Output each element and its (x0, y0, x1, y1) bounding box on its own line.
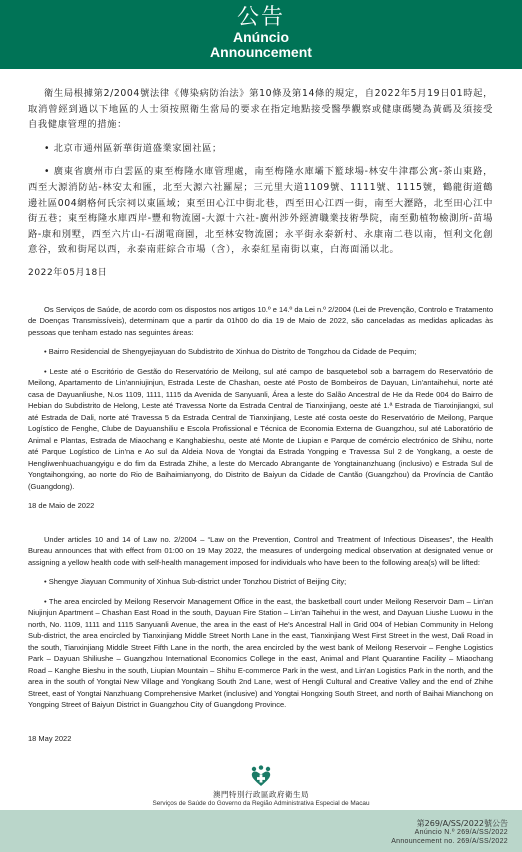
announcement-header: 公告 Anúncio Announcement (0, 0, 522, 69)
english-intro: Under articles 10 and 14 of Law no. 2/20… (28, 534, 493, 569)
english-bullet: • Shengye Jiayuan Community of Xinhua Su… (28, 576, 493, 588)
issuer-block: 澳門特別行政區政府衛生局 Serviços de Saúde do Govern… (0, 765, 522, 808)
portuguese-bullet: • Bairro Residencial de Shengyejiayuan d… (28, 346, 493, 358)
chinese-section: 衛生局根據第2/2004號法律《傳染病防治法》第10條及第14條的規定，自202… (28, 86, 493, 282)
chinese-bullet: • 廣東省廣州市白雲區的東至梅隆水庫管理處，南至梅隆水庫壩下籃球場-林安牛津郡公… (28, 164, 493, 258)
portuguese-intro: Os Serviços de Saúde, de acordo com os d… (28, 304, 493, 339)
english-section: Under articles 10 and 14 of Law no. 2/20… (28, 534, 493, 745)
issuer-name-pt: Serviços de Saúde do Governo da Região A… (0, 800, 522, 808)
title-pt: Anúncio (0, 30, 522, 45)
title-en: Announcement (0, 45, 522, 60)
health-bureau-logo-icon (250, 765, 272, 787)
chinese-date: 2022年05月18日 (28, 266, 493, 282)
chinese-bullet: • 北京市通州區新華街道盛業家園社區； (28, 141, 493, 157)
reference-pt: Anúncio N.º 269/A/SS/2022 (391, 829, 508, 838)
english-date: 18 May 2022 (28, 733, 493, 745)
reference-en: Announcement no. 269/A/SS/2022 (391, 838, 508, 847)
portuguese-bullet: • Leste até o Escritório de Gestão do Re… (28, 366, 493, 493)
reference-zh: 第269/A/SS/2022號公告 (391, 818, 508, 829)
chinese-intro: 衛生局根據第2/2004號法律《傳染病防治法》第10條及第14條的規定，自202… (28, 86, 493, 133)
portuguese-section: Os Serviços de Saúde, de acordo com os d… (28, 304, 493, 512)
english-bullet: • The area encircled by Meilong Reservoi… (28, 596, 493, 711)
title-zh: 公告 (0, 0, 522, 30)
portuguese-date: 18 de Maio de 2022 (28, 500, 493, 512)
issuer-name-zh: 澳門特別行政區政府衛生局 (0, 789, 522, 800)
announcement-body: 衛生局根據第2/2004號法律《傳染病防治法》第10條及第14條的規定，自202… (28, 86, 493, 744)
announcement-reference: 第269/A/SS/2022號公告 Anúncio N.º 269/A/SS/2… (391, 818, 508, 846)
